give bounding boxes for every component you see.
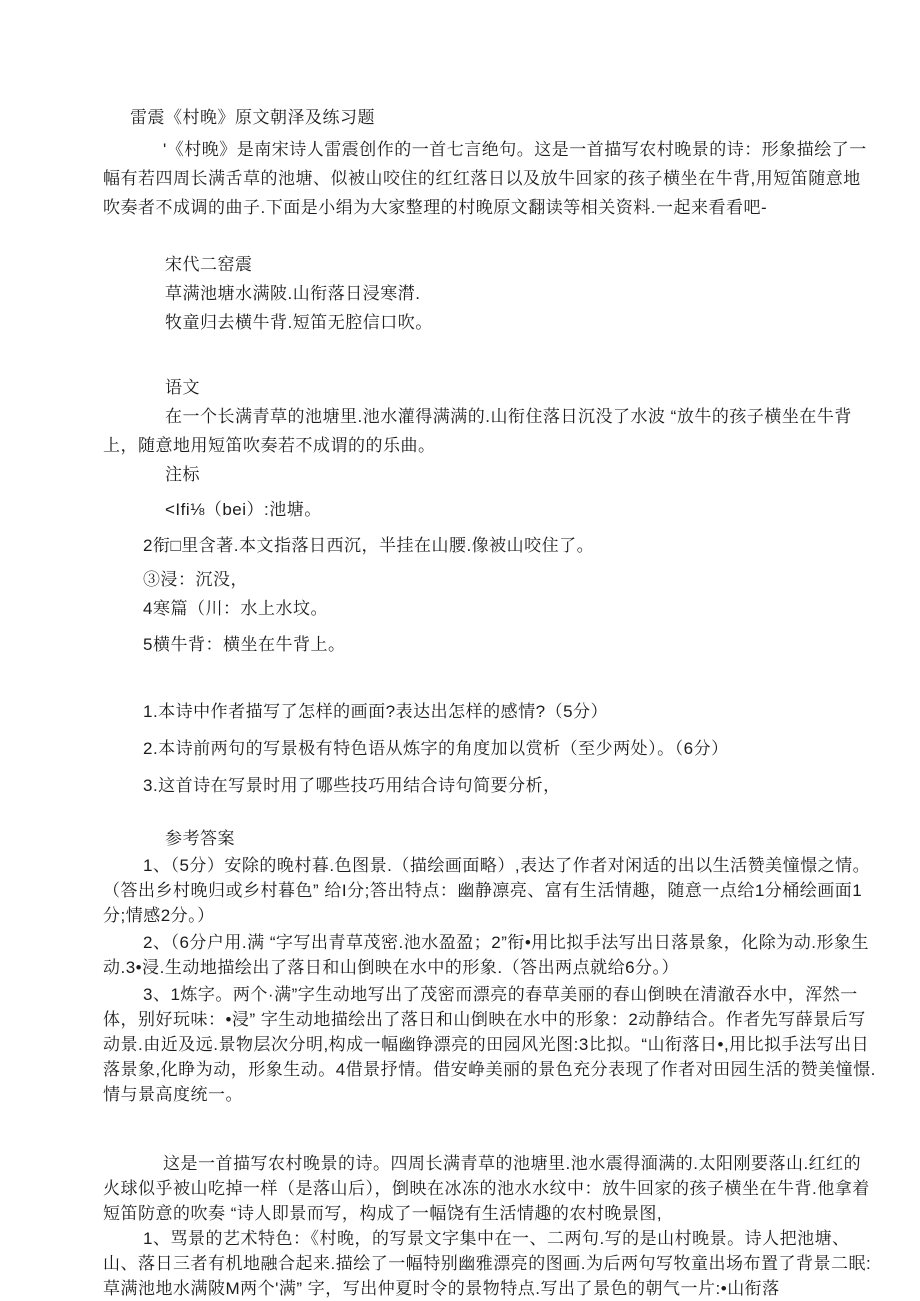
poem-line-1: 草满池塘水满陂.山衔落日浸寒潸. [165,279,876,308]
answer-3: 3、1炼字。两个·满”字生动地写出了茂密而漂亮的春草美丽的春山倒映在清澈吞水中，… [103,982,876,1107]
poem-block: 宋代二窑震 草满池塘水满陂.山衔落日浸寒潸. 牧童归去横牛背.短笛无腔信口吹。 [165,250,876,337]
note-item-3: ③浸：沉没， [143,567,876,592]
poem-author-line: 宋代二窑震 [165,250,876,279]
analysis-paragraph-1: 这是一首描写农村晚景的诗。四周长满青草的池塘里.池水震得湎满的.太阳刚要落山.红… [103,1151,876,1226]
question-1: 1.本诗中作者描写了怎样的画面?表达出怎样的感情?（5分） [143,699,876,724]
note-item-5: 5横牛背：横坐在牛背上。 [143,632,876,657]
poem-line-2: 牧童归去横牛背.短笛无腔信口吹。 [165,308,876,337]
translation-paragraph: 在一个长满青草的池塘里.池水灌得满满的.山衔住落日沉没了水波 “放牛的孩子横坐在… [103,402,876,460]
translation-heading: 语文 [165,373,876,402]
note-item-2: 2衔□里含著.本文指落日西沉，半挂在山腰.像被山咬住了。 [143,533,876,558]
analysis-paragraph-2: 1、骂景的艺术特色：《村晚，的写景文字集中在一、二两句.写的是山村晚景。诗人把池… [103,1226,876,1301]
answer-2: 2、（6分户用.满 “字写出青草茂密.池水盈盈；2”衔•用比拟手法写出日落景象，… [103,930,876,980]
answers-heading: 参考答案 [165,826,876,851]
note-item-1: <Ifi⅛（bei）:池塘。 [165,497,876,522]
document-content: 雷震《村晚》原文朝泽及练习题 '《村晚》是南宋诗人雷震创作的一首七言绝句。这是一… [0,0,920,1301]
notes-list: <Ifi⅛（bei）:池塘。 2衔□里含著.本文指落日西沉，半挂在山腰.像被山咬… [103,497,876,657]
answer-1: 1、（5分）安除的晚村暮.色图景.（描绘画面略）,表达了作者对闲适的出以生活赞美… [103,853,876,928]
document-page: 雷震《村晚》原文朝泽及练习题 '《村晚》是南宋诗人雷震创作的一首七言绝句。这是一… [0,0,920,1301]
question-3: 3.这首诗在写景时用了哪些技巧用结合诗句简要分析， [143,773,876,798]
document-title: 雷震《村晚》原文朝泽及练习题 [130,106,876,130]
questions-block: 1.本诗中作者描写了怎样的画面?表达出怎样的感情?（5分） 2.本诗前两句的写景… [103,699,876,798]
notes-heading: 注标 [165,460,876,489]
intro-paragraph: '《村晚》是南宋诗人雷震创作的一首七言绝句。这是一首描写农村晚景的诗：形象描绘了… [103,135,876,222]
analysis-block: 这是一首描写农村晚景的诗。四周长满青草的池塘里.池水震得湎满的.太阳刚要落山.红… [103,1151,876,1301]
note-item-4: 4寒篇（川：水上水坟。 [143,596,876,621]
answers-block: 1、（5分）安除的晚村暮.色图景.（描绘画面略）,表达了作者对闲适的出以生活赞美… [103,853,876,1107]
question-2: 2.本诗前两句的写景极有特色语从炼字的角度加以赏析（至少两处）。（6分） [143,736,876,761]
